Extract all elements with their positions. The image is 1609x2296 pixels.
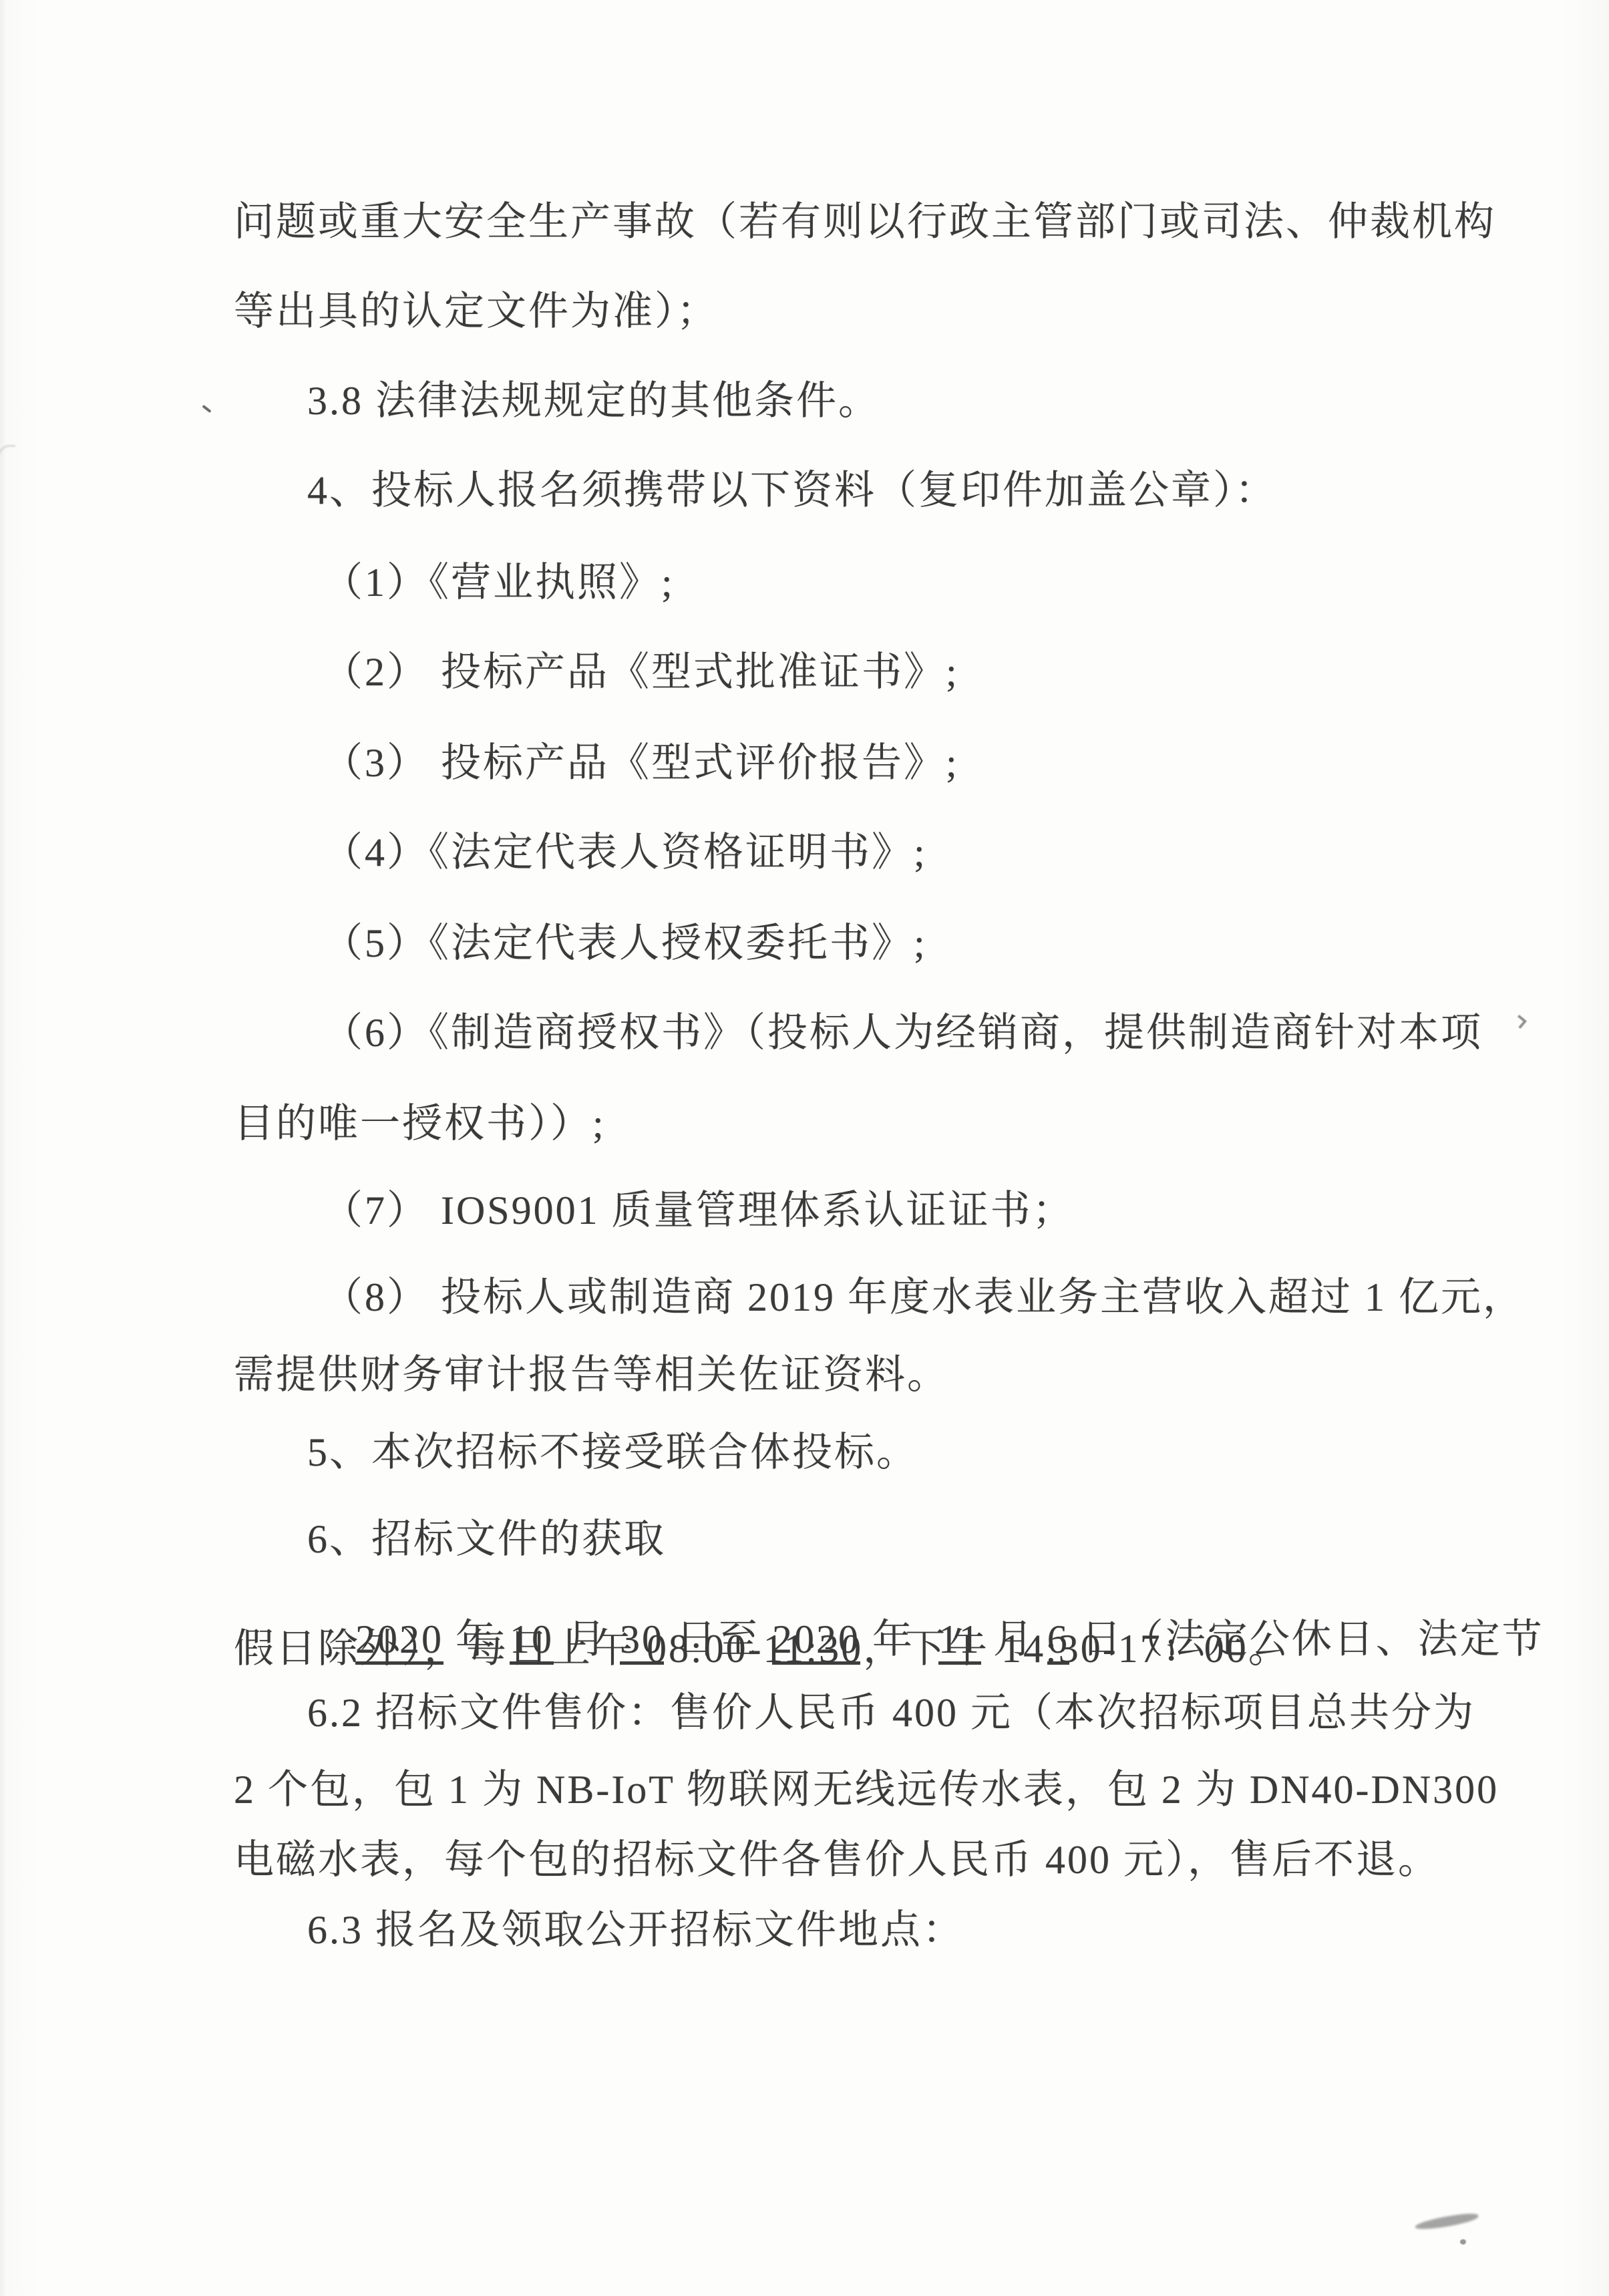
document-line-18: 假日除外），每日上午 08:00-11:30，下午 14:30-17：00。 <box>234 1626 1290 1671</box>
document-line-13-item-8: （8） 投标人或制造商 2019 年度水表业务主营收入超过 1 亿元， <box>323 1275 1525 1320</box>
document-line-22-clause-6-3: 6.3 报名及领取公开招标文件地点： <box>307 1907 964 1953</box>
document-line-11: 目的唯一授权书））; <box>234 1101 606 1146</box>
scan-smudge-dot-artifact <box>1460 2239 1466 2245</box>
scanned-page: 问题或重大安全生产事故（若有则以行政主管部门或司法、仲裁机构 等出具的认定文件为… <box>0 0 1609 2296</box>
scan-margin-mark-artifact <box>1513 1015 1527 1029</box>
document-line-4-clause-4: 4、投标人报名须携带以下资料（复印件加盖公章）： <box>307 468 1277 513</box>
document-line-14: 需提供财务审计报告等相关佐证资料。 <box>234 1352 949 1398</box>
document-line-10-item-6: （6）《制造商授权书》（投标人为经销商，提供制造商针对本项 <box>323 1010 1483 1055</box>
document-line-16-clause-6: 6、招标文件的获取 <box>307 1516 666 1562</box>
scan-smudge-artifact <box>1414 2212 1479 2232</box>
document-line-8-item-4: （4）《法定代表人资格证明书》; <box>323 830 927 875</box>
document-line-20: 2 个包，包 1 为 NB-IoT 物联网无线远传水表，包 2 为 DN40-D… <box>234 1767 1499 1812</box>
document-line-9-item-5: （5）《法定代表人授权委托书》; <box>323 921 927 966</box>
scan-edge-curl-artifact <box>0 445 15 478</box>
document-line-5-item-1: （1）《营业执照》; <box>323 560 675 605</box>
document-line-2: 等出具的认定文件为准）； <box>234 289 719 334</box>
document-line-19-clause-6-2: 6.2 招标文件售价：售价人民币 400 元（本次招标项目总共分为 <box>307 1690 1475 1736</box>
document-line-7-item-3: （3） 投标产品《型式评价报告》; <box>323 740 959 786</box>
document-line-21: 电磁水表，每个包的招标文件各售价人民币 400 元），售后不退。 <box>234 1837 1440 1882</box>
document-line-15-clause-5: 5、本次招标不接受联合体投标。 <box>307 1430 918 1475</box>
scan-speck-artifact <box>202 405 211 413</box>
document-line-3-clause-3-8: 3.8 法律法规规定的其他条件。 <box>307 378 880 424</box>
document-line-1: 问题或重大安全生产事故（若有则以行政主管部门或司法、仲裁机构 <box>234 199 1496 244</box>
document-line-12-item-7: （7） IOS9001 质量管理体系认证证书； <box>323 1188 1075 1233</box>
document-line-6-item-2: （2） 投标产品《型式批准证书》; <box>323 649 959 695</box>
